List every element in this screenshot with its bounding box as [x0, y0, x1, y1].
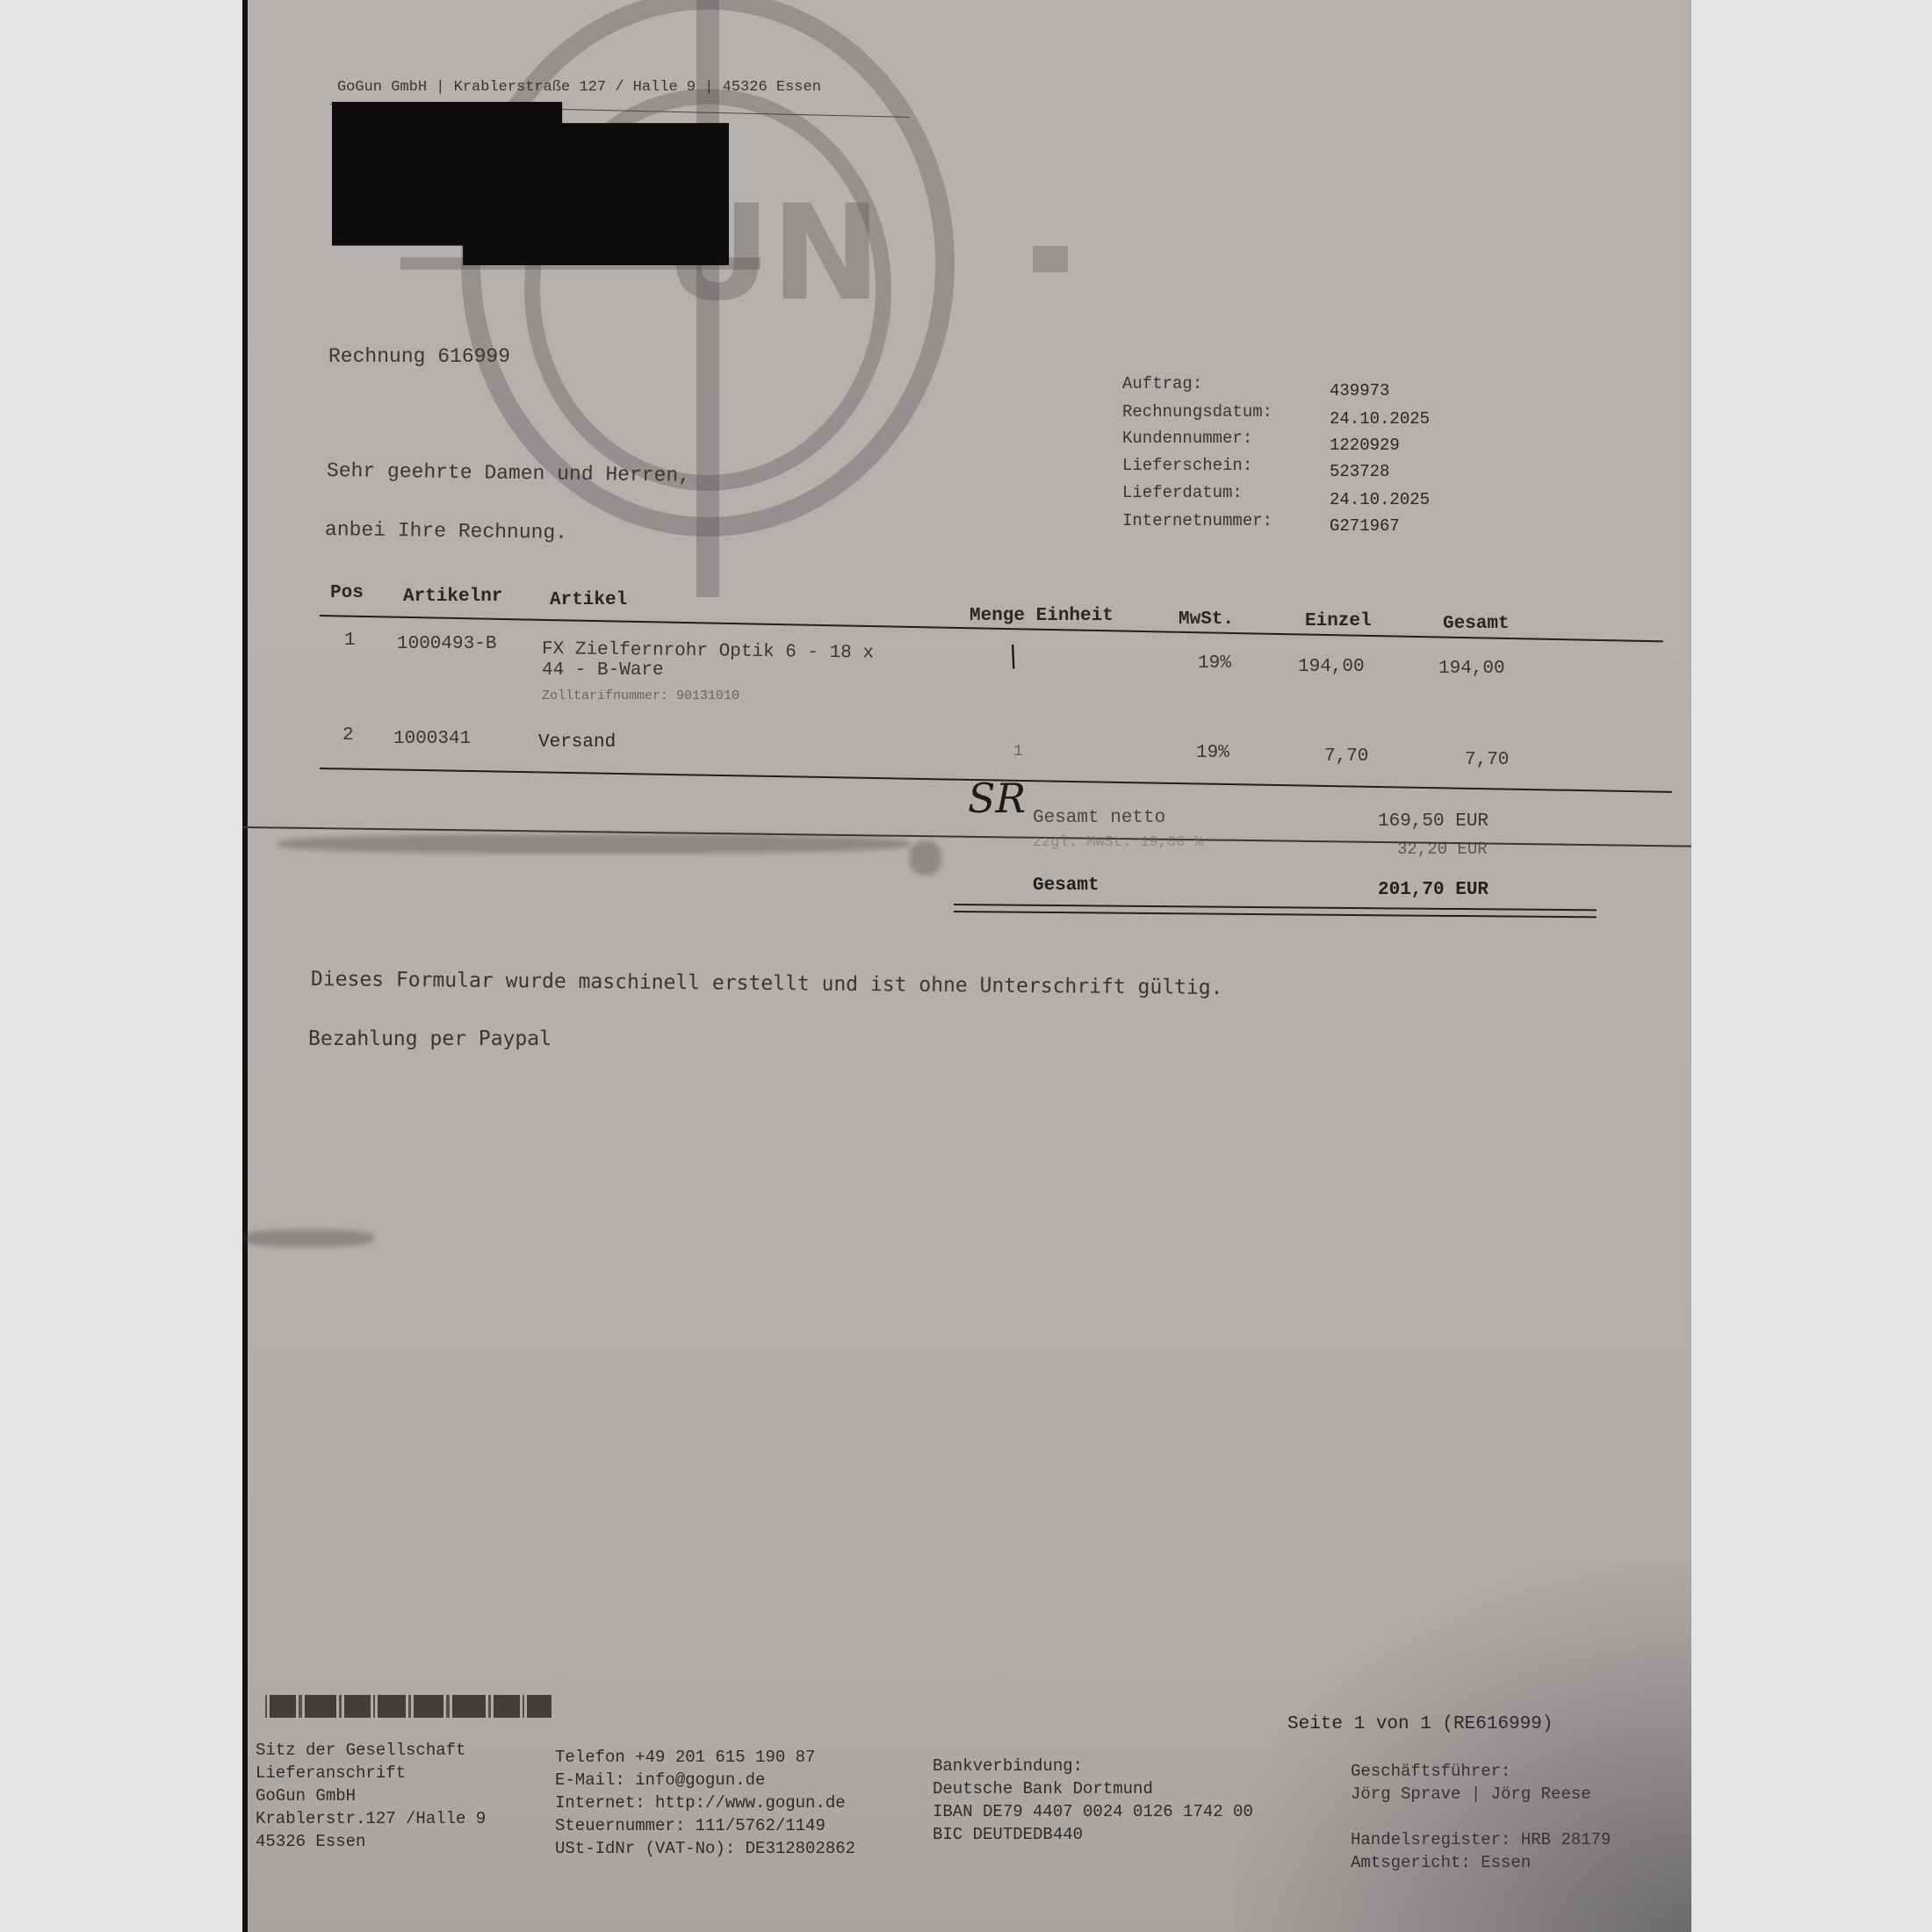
handwritten-initials: SR: [968, 775, 1026, 822]
footer-line: Geschäftsführer:: [1351, 1760, 1611, 1783]
greeting: Sehr geehrte Damen und Herren,: [327, 459, 690, 487]
fold-shadow: [278, 834, 910, 854]
redacted-recipient-address: [332, 102, 729, 265]
total-mwst-value: 32,20 EUR: [1397, 840, 1488, 859]
edge-smudge: [242, 1229, 374, 1247]
col-header-pos: Pos: [330, 583, 364, 603]
meta-label-rechnungsdatum: Rechnungsdatum:: [1122, 402, 1272, 422]
footer-iban: IBAN DE79 4407 0024 0126 1742 00: [933, 1800, 1253, 1823]
footer-website: Internet: http://www.gogun.de: [555, 1791, 855, 1814]
footer-line: Handelsregister: HRB 28179: [1351, 1828, 1611, 1851]
total-gesamt-label: Gesamt: [1033, 876, 1099, 896]
footer-contact: Telefon +49 201 615 190 87 E-Mail: info@…: [555, 1746, 855, 1860]
handwritten-check-mark: /: [1003, 638, 1023, 673]
machine-generated-note: Dieses Formular wurde maschinell erstell…: [311, 968, 1223, 999]
total-mwst-label: zzgl. MwSt. 19,00 %: [1033, 834, 1203, 851]
meta-label-internetnummer: Internetnummer:: [1122, 511, 1272, 530]
total-gesamt-value: 201,70 EUR: [1378, 880, 1489, 900]
barcode: [265, 1695, 551, 1718]
row-zolltarifnummer: Zolltarifnummer: 90131010: [542, 688, 739, 703]
row-pos: 1: [344, 631, 356, 651]
footer-email: E-Mail: info@gogun.de: [555, 1769, 855, 1791]
row-einzel: 7,70: [1324, 746, 1368, 767]
footer-line: 45326 Essen: [256, 1830, 486, 1853]
row-mwst: 19%: [1198, 653, 1231, 674]
total-netto-value: 169,50 EUR: [1378, 811, 1489, 832]
meta-label-auftrag: Auftrag:: [1122, 374, 1202, 393]
fold-shadow: [910, 841, 941, 875]
footer-management: Geschäftsführer: Jörg Sprave | Jörg Rees…: [1351, 1760, 1611, 1874]
footer-phone: Telefon +49 201 615 190 87: [555, 1746, 855, 1769]
total-double-rule-top: [954, 904, 1597, 911]
meta-label-lieferdatum: Lieferdatum:: [1122, 483, 1243, 502]
row-einzel: 194,00: [1298, 657, 1365, 677]
footer-line: Lieferanschrift: [256, 1762, 486, 1784]
row-menge: 1: [1013, 743, 1023, 761]
footer-tax-number: Steuernummer: 111/5762/1149: [555, 1814, 855, 1837]
col-header-artikel: Artikel: [550, 590, 627, 610]
row-artikelnr: 1000341: [393, 729, 471, 749]
meta-label-kundennummer: Kundennummer:: [1122, 429, 1252, 448]
payment-method-note: Bezahlung per Paypal: [308, 1027, 551, 1050]
meta-value-lieferdatum: 24.10.2025: [1330, 490, 1430, 509]
footer-line: Sitz der Gesellschaft: [256, 1739, 486, 1762]
meta-label-lieferschein: Lieferschein:: [1122, 456, 1252, 475]
footer-line: Amtsgericht: Essen: [1351, 1851, 1611, 1874]
meta-value-lieferschein: 523728: [1330, 462, 1389, 481]
row-gesamt: 194,00: [1438, 659, 1505, 679]
footer-bic: BIC DEUTDEDB440: [933, 1823, 1253, 1846]
meta-value-internetnummer: G271967: [1330, 516, 1400, 536]
col-header-artikelnr: Artikelnr: [403, 587, 502, 607]
meta-value-kundennummer: 1220929: [1330, 436, 1400, 455]
col-header-gesamt: Gesamt: [1443, 614, 1510, 634]
row-artikel-line2: 44 - B-Ware: [542, 660, 664, 681]
footer-line: Jörg Sprave | Jörg Reese: [1351, 1783, 1611, 1806]
col-header-einzel: Einzel: [1305, 611, 1372, 631]
row-artikel: Versand: [538, 732, 616, 753]
meta-value-rechnungsdatum: 24.10.2025: [1330, 409, 1430, 429]
total-netto-label: Gesamt netto: [1033, 808, 1165, 828]
meta-value-auftrag: 439973: [1330, 381, 1389, 400]
row-mwst: 19%: [1196, 743, 1229, 763]
page-number: Seite 1 von 1 (RE616999): [1287, 1714, 1553, 1734]
footer-vat-id: USt-IdNr (VAT-No): DE312802862: [555, 1837, 855, 1860]
row-pos: 2: [342, 725, 354, 746]
footer-company-address: Sitz der Gesellschaft Lieferanschrift Go…: [256, 1739, 486, 1853]
intro-text: anbei Ihre Rechnung.: [325, 518, 567, 544]
col-header-mwst: MwSt.: [1179, 609, 1234, 630]
invoice-paper: UN GoGun GmbH | Krablerstraße 127 / Hall…: [242, 0, 1691, 1932]
invoice-title: Rechnung 616999: [328, 345, 510, 368]
total-double-rule-bottom: [954, 911, 1597, 918]
footer-line: [1351, 1806, 1611, 1828]
footer-line: Bankverbindung:: [933, 1755, 1253, 1777]
footer-bank: Bankverbindung: Deutsche Bank Dortmund I…: [933, 1755, 1253, 1846]
row-artikelnr: 1000493-B: [397, 634, 496, 654]
footer-line: GoGun GmbH: [256, 1784, 486, 1807]
col-header-menge-einheit: Menge Einheit: [970, 606, 1114, 626]
footer-line: Deutsche Bank Dortmund: [933, 1777, 1253, 1800]
row-gesamt: 7,70: [1465, 750, 1509, 770]
sender-address-line: GoGun GmbH | Krablerstraße 127 / Halle 9…: [337, 79, 821, 96]
footer-line: Krablerstr.127 /Halle 9: [256, 1807, 486, 1830]
